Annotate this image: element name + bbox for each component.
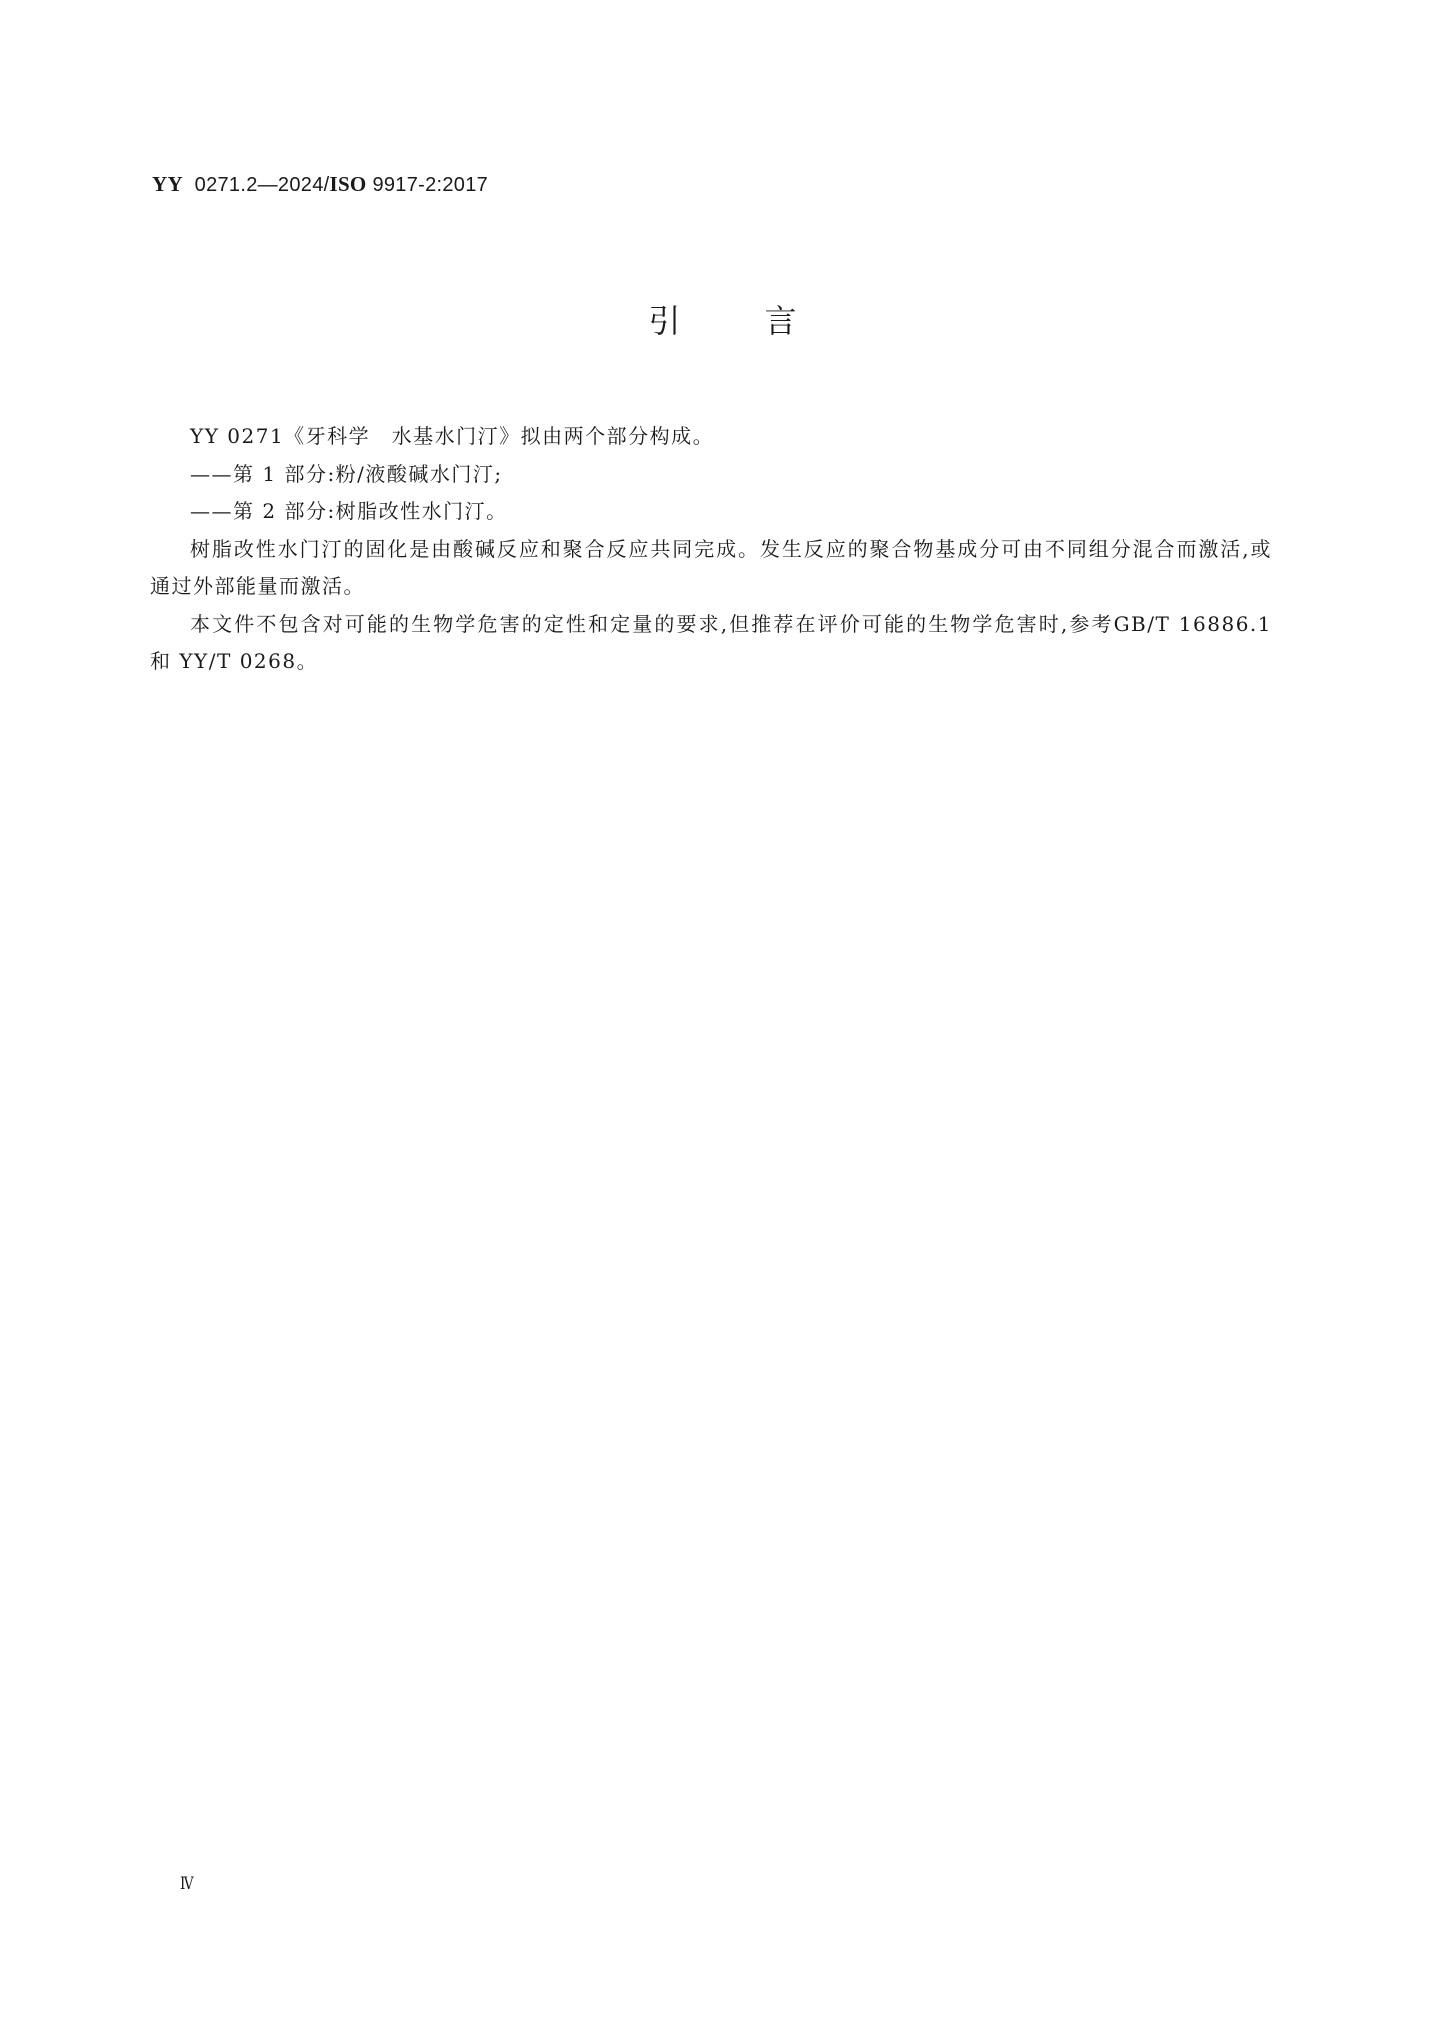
list-item-part-2: ——第 2 部分:树脂改性水门汀。 xyxy=(150,493,1272,531)
introduction-body: YY 0271《牙科学 水基水门汀》拟由两个部分构成。 ——第 1 部分:粉/液… xyxy=(150,418,1272,681)
page-number: Ⅳ xyxy=(180,1874,194,1894)
page-title: 引言 xyxy=(0,296,1445,342)
document-header: YY 0271.2—2024/ISO 9917-2:2017 xyxy=(152,172,488,197)
standard-prefix: YY xyxy=(152,172,183,196)
title-char-2: 言 xyxy=(765,302,797,340)
list-item-part-1: ——第 1 部分:粉/液酸碱水门汀; xyxy=(150,456,1272,494)
title-char-1: 引 xyxy=(648,302,680,340)
paragraph-intro: YY 0271《牙科学 水基水门汀》拟由两个部分构成。 xyxy=(150,418,1272,456)
paragraph-curing: 树脂改性水门汀的固化是由酸碱反应和聚合反应共同完成。发生反应的聚合物基成分可由不… xyxy=(150,531,1272,606)
iso-prefix: ISO xyxy=(329,172,366,196)
iso-number: 9917-2:2017 xyxy=(372,174,488,196)
paragraph-biohazard: 本文件不包含对可能的生物学危害的定性和定量的要求,但推荐在评价可能的生物学危害时… xyxy=(150,606,1272,681)
standard-number: 0271.2—2024/ xyxy=(195,174,330,196)
